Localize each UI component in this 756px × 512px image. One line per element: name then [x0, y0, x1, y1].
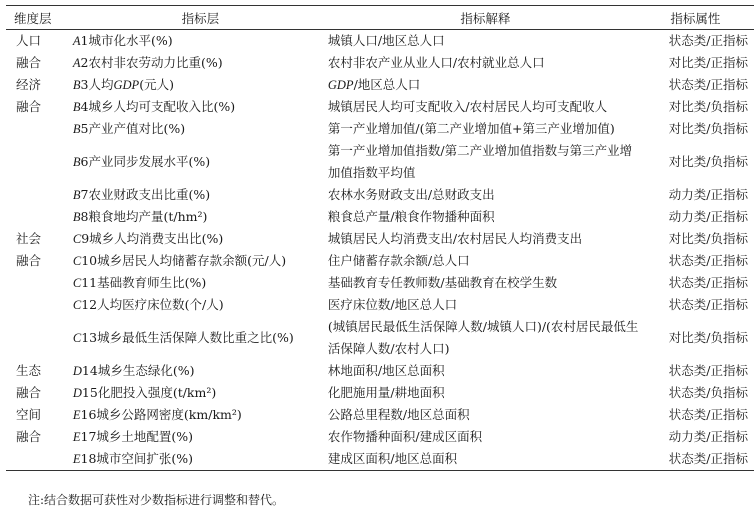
- indicator-name: 城乡人均可支配收入比(%): [88, 99, 235, 114]
- header-indicator: 指标层: [73, 6, 328, 30]
- indicator-number: 15: [82, 385, 98, 400]
- explanation-cell: 建成区面积/地区总面积: [328, 448, 643, 471]
- header-explanation: 指标解释: [328, 6, 643, 30]
- indicator-cell: C11基础教育师生比(%): [73, 272, 328, 294]
- table-row: 经济B3人均GDP(元人)GDP/地区总人口状态类/正指标: [6, 74, 754, 96]
- indicator-cell: A1城市化水平(%): [73, 30, 328, 53]
- indicator-table-container: 维度层 指标层 指标解释 指标属性 人口A1城市化水平(%)城镇人口/地区总人口…: [6, 5, 754, 471]
- indicator-table: 维度层 指标层 指标解释 指标属性 人口A1城市化水平(%)城镇人口/地区总人口…: [6, 5, 754, 471]
- indicator-number: 18: [81, 451, 97, 466]
- indicator-code: A: [73, 56, 81, 70]
- explanation-cell: 住户储蓄存款余额/总人口: [328, 250, 643, 272]
- indicator-number: 12: [81, 297, 97, 312]
- indicator-cell: B4城乡人均可支配收入比(%): [73, 96, 328, 118]
- dimension-cell: 融合: [6, 426, 73, 448]
- explanation-cell: 城镇居民人均可支配收入/农村居民人均可支配收人: [328, 96, 643, 118]
- indicator-cell: E18城市空间扩张(%): [73, 448, 328, 471]
- indicator-number: 16: [81, 407, 97, 422]
- indicator-code: B: [73, 78, 81, 92]
- table-row: 融合C10城乡居民人均储蓄存款余额(元/人)住户储蓄存款余额/总人口状态类/正指…: [6, 250, 754, 272]
- table-header-row: 维度层 指标层 指标解释 指标属性: [6, 6, 754, 30]
- indicator-name: 产业同步发展水平(%): [88, 154, 210, 169]
- table-row: 融合D15化肥投入强度(t/km²)化肥施用量/耕地面积状态类/负指标: [6, 382, 754, 404]
- indicator-name: 城乡公路网密度(km/km²): [96, 407, 241, 422]
- indicator-name: 化肥投入强度(t/km²): [98, 385, 216, 400]
- dimension-cell: [6, 272, 73, 294]
- attribute-cell: 动力类/正指标: [643, 206, 754, 228]
- indicator-code: C: [73, 276, 81, 290]
- explanation-cell: 粮食总产量/粮食作物播种面积: [328, 206, 643, 228]
- table-row: B8粮食地均产量(t/hm²)粮食总产量/粮食作物播种面积动力类/正指标: [6, 206, 754, 228]
- attribute-cell: 状态类/正指标: [643, 360, 754, 382]
- indicator-name: 粮食地均产量(t/hm²): [88, 209, 207, 224]
- attribute-cell: 状态类/正指标: [643, 250, 754, 272]
- dimension-cell: 融合: [6, 52, 73, 74]
- explanation-cell: 第一产业增加值指数/第二产业增加值指数与第三产业增加值指数平均值: [328, 140, 643, 184]
- dimension-cell: [6, 118, 73, 140]
- indicator-name: 基础教育师生比(%): [97, 275, 206, 290]
- indicator-name: 城乡生态绿化(%): [98, 363, 195, 378]
- table-note: 注:结合数据可获性对少数指标进行调整和替代。: [28, 491, 284, 508]
- dimension-cell: 人口: [6, 30, 73, 53]
- explanation-cell: 农作物播种面积/建成区面积: [328, 426, 643, 448]
- indicator-name: 农村非农劳动力比重(%): [88, 55, 222, 70]
- explanation-cell: 城镇人口/地区总人口: [328, 30, 643, 53]
- table-row: 空间E16城乡公路网密度(km/km²)公路总里程数/地区总面积状态类/正指标: [6, 404, 754, 426]
- explanation-cell: 第一产业增加值/(第二产业增加值+第三产业增加值): [328, 118, 643, 140]
- explanation-cell: 农林水务财政支出/总财政支出: [328, 184, 643, 206]
- attribute-cell: 状态类/负指标: [643, 382, 754, 404]
- attribute-cell: 对比类/负指标: [643, 316, 754, 360]
- attribute-cell: 动力类/正指标: [643, 426, 754, 448]
- indicator-code: B: [73, 100, 81, 114]
- indicator-cell: D14城乡生态绿化(%): [73, 360, 328, 382]
- indicator-code: B: [73, 188, 81, 202]
- explanation-cell: 基础教育专任教师数/基础教育在校学生数: [328, 272, 643, 294]
- attribute-cell: 对比类/负指标: [643, 140, 754, 184]
- indicator-name: 农业财政支出比重(%): [88, 187, 210, 202]
- indicator-cell: B8粮食地均产量(t/hm²): [73, 206, 328, 228]
- explanation-cell: 医疗床位数/地区总人口: [328, 294, 643, 316]
- indicator-code: C: [73, 232, 81, 246]
- indicator-number: 11: [81, 275, 97, 290]
- indicator-cell: B7农业财政支出比重(%): [73, 184, 328, 206]
- header-dimension: 维度层: [6, 6, 73, 30]
- attribute-cell: 对比类/负指标: [643, 118, 754, 140]
- indicator-cell: C10城乡居民人均储蓄存款余额(元/人): [73, 250, 328, 272]
- indicator-name: 城乡最低生活保障人数比重之比(%): [97, 330, 294, 345]
- indicator-code: B: [73, 210, 81, 224]
- dimension-cell: [6, 316, 73, 360]
- indicator-code: C: [73, 254, 81, 268]
- attribute-cell: 状态类/正指标: [643, 30, 754, 53]
- dimension-cell: [6, 294, 73, 316]
- indicator-code: E: [73, 430, 81, 444]
- indicator-name: 城市化水平(%): [88, 33, 172, 48]
- table-row: E18城市空间扩张(%)建成区面积/地区总面积状态类/正指标: [6, 448, 754, 471]
- dimension-cell: 生态: [6, 360, 73, 382]
- table-row: C13城乡最低生活保障人数比重之比(%)(城镇居民最低生活保障人数/城镇人口)/…: [6, 316, 754, 360]
- attribute-cell: 对比类/负指标: [643, 228, 754, 250]
- attribute-cell: 状态类/正指标: [643, 74, 754, 96]
- attribute-cell: 状态类/正指标: [643, 448, 754, 471]
- indicator-cell: C12人均医疗床位数(个/人): [73, 294, 328, 316]
- explanation-cell: (城镇居民最低生活保障人数/城镇人口)/(农村居民最低生活保障人数/农村人口): [328, 316, 643, 360]
- dimension-cell: [6, 448, 73, 471]
- dimension-cell: 社会: [6, 228, 73, 250]
- indicator-code: E: [73, 452, 81, 466]
- dimension-cell: 融合: [6, 250, 73, 272]
- dimension-cell: 经济: [6, 74, 73, 96]
- dimension-cell: 融合: [6, 382, 73, 404]
- indicator-name: 人均医疗床位数(个/人): [97, 297, 223, 312]
- explanation-cell: 农村非农产业从业人口/农村就业总人口: [328, 52, 643, 74]
- explanation-cell: GDP/地区总人口: [328, 74, 643, 96]
- indicator-name: 城乡土地配置(%): [96, 429, 193, 444]
- table-row: 融合E17城乡土地配置(%)农作物播种面积/建成区面积动力类/正指标: [6, 426, 754, 448]
- indicator-cell: D15化肥投入强度(t/km²): [73, 382, 328, 404]
- table-row: 融合A2农村非农劳动力比重(%)农村非农产业从业人口/农村就业总人口对比类/正指…: [6, 52, 754, 74]
- table-row: 生态D14城乡生态绿化(%)林地面积/地区总面积状态类/正指标: [6, 360, 754, 382]
- indicator-cell: C9城乡人均消费支出比(%): [73, 228, 328, 250]
- table-row: B5产业产值对比(%)第一产业增加值/(第二产业增加值+第三产业增加值)对比类/…: [6, 118, 754, 140]
- table-row: B7农业财政支出比重(%)农林水务财政支出/总财政支出动力类/正指标: [6, 184, 754, 206]
- indicator-cell: A2农村非农劳动力比重(%): [73, 52, 328, 74]
- indicator-code: B: [73, 155, 81, 169]
- indicator-number: 10: [81, 253, 97, 268]
- indicator-cell: B6产业同步发展水平(%): [73, 140, 328, 184]
- table-body: 人口A1城市化水平(%)城镇人口/地区总人口状态类/正指标融合A2农村非农劳动力…: [6, 30, 754, 471]
- indicator-name: 城市空间扩张(%): [96, 451, 193, 466]
- attribute-cell: 状态类/正指标: [643, 272, 754, 294]
- indicator-name: 城乡居民人均储蓄存款余额(元/人): [97, 253, 286, 268]
- dimension-cell: [6, 184, 73, 206]
- indicator-cell: E16城乡公路网密度(km/km²): [73, 404, 328, 426]
- indicator-code: D: [73, 364, 82, 378]
- attribute-cell: 状态类/正指标: [643, 404, 754, 426]
- table-row: 人口A1城市化水平(%)城镇人口/地区总人口状态类/正指标: [6, 30, 754, 53]
- dimension-cell: [6, 140, 73, 184]
- attribute-cell: 对比类/负指标: [643, 96, 754, 118]
- header-attribute: 指标属性: [643, 6, 754, 30]
- indicator-cell: E17城乡土地配置(%): [73, 426, 328, 448]
- explanation-cell: 林地面积/地区总面积: [328, 360, 643, 382]
- indicator-number: 17: [81, 429, 97, 444]
- table-row: 社会C9城乡人均消费支出比(%)城镇居民人均消费支出/农村居民人均消费支出对比类…: [6, 228, 754, 250]
- table-row: 融合B4城乡人均可支配收入比(%)城镇居民人均可支配收入/农村居民人均可支配收人…: [6, 96, 754, 118]
- explanation-cell: 城镇居民人均消费支出/农村居民人均消费支出: [328, 228, 643, 250]
- attribute-cell: 对比类/正指标: [643, 52, 754, 74]
- table-row: C12人均医疗床位数(个/人)医疗床位数/地区总人口状态类/正指标: [6, 294, 754, 316]
- indicator-name: 人均GDP(元人): [88, 77, 173, 92]
- explanation-cell: 化肥施用量/耕地面积: [328, 382, 643, 404]
- indicator-code: A: [73, 34, 81, 48]
- indicator-cell: B3人均GDP(元人): [73, 74, 328, 96]
- indicator-code: C: [73, 298, 81, 312]
- dimension-cell: [6, 206, 73, 228]
- indicator-name: 产业产值对比(%): [88, 121, 185, 136]
- indicator-number: 9: [81, 231, 89, 246]
- attribute-cell: 动力类/正指标: [643, 184, 754, 206]
- indicator-cell: C13城乡最低生活保障人数比重之比(%): [73, 316, 328, 360]
- indicator-cell: B5产业产值对比(%): [73, 118, 328, 140]
- table-row: B6产业同步发展水平(%)第一产业增加值指数/第二产业增加值指数与第三产业增加值…: [6, 140, 754, 184]
- indicator-code: C: [73, 331, 81, 345]
- dimension-cell: 空间: [6, 404, 73, 426]
- indicator-code: B: [73, 122, 81, 136]
- indicator-number: 13: [81, 330, 97, 345]
- indicator-number: 14: [82, 363, 98, 378]
- explanation-cell: 公路总里程数/地区总面积: [328, 404, 643, 426]
- attribute-cell: 状态类/正指标: [643, 294, 754, 316]
- indicator-code: E: [73, 408, 81, 422]
- dimension-cell: 融合: [6, 96, 73, 118]
- indicator-name: 城乡人均消费支出比(%): [89, 231, 223, 246]
- table-row: C11基础教育师生比(%)基础教育专任教师数/基础教育在校学生数状态类/正指标: [6, 272, 754, 294]
- indicator-code: D: [73, 386, 82, 400]
